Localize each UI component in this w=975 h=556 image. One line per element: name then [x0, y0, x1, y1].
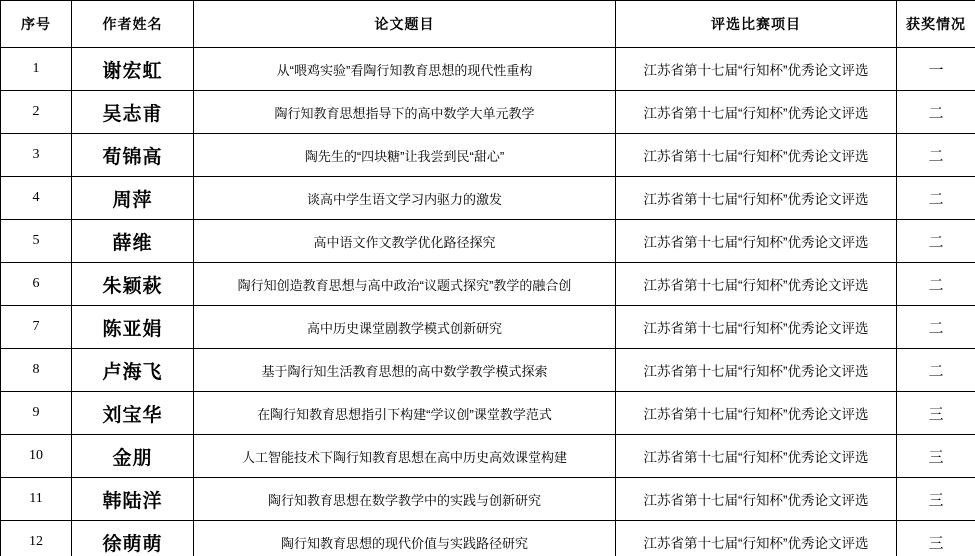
title-cell: 高中语文作文教学优化路径探究 [194, 220, 616, 263]
header-contest: 评选比赛项目 [616, 1, 897, 48]
title-cell: 陶行知教育思想指导下的高中数学大单元教学 [194, 91, 616, 134]
author-cell: 荀锦高 [72, 134, 194, 177]
contest-cell: 江苏省第十七届“行知杯”优秀论文评选 [616, 349, 897, 392]
serial-cell: 8 [1, 349, 72, 392]
contest-cell: 江苏省第十七届“行知杯”优秀论文评选 [616, 48, 897, 91]
award-cell: 二 [897, 177, 975, 220]
table-row: 5 薛维 高中语文作文教学优化路径探究 江苏省第十七届“行知杯”优秀论文评选 二 [1, 220, 975, 263]
contest-cell: 江苏省第十七届“行知杯”优秀论文评选 [616, 478, 897, 521]
author-cell: 金朋 [72, 435, 194, 478]
award-cell: 一 [897, 48, 975, 91]
author-cell: 吴志甫 [72, 91, 194, 134]
contest-cell: 江苏省第十七届“行知杯”优秀论文评选 [616, 91, 897, 134]
author-cell: 韩陆洋 [72, 478, 194, 521]
table-row: 4 周萍 谈高中学生语文学习内驱力的激发 江苏省第十七届“行知杯”优秀论文评选 … [1, 177, 975, 220]
table-row: 2 吴志甫 陶行知教育思想指导下的高中数学大单元教学 江苏省第十七届“行知杯”优… [1, 91, 975, 134]
table-row: 9 刘宝华 在陶行知教育思想指引下构建“学议创”课堂教学范式 江苏省第十七届“行… [1, 392, 975, 435]
serial-cell: 3 [1, 134, 72, 177]
serial-cell: 2 [1, 91, 72, 134]
contest-cell: 江苏省第十七届“行知杯”优秀论文评选 [616, 306, 897, 349]
contest-cell: 江苏省第十七届“行知杯”优秀论文评选 [616, 220, 897, 263]
award-cell: 三 [897, 435, 975, 478]
serial-cell: 11 [1, 478, 72, 521]
contest-cell: 江苏省第十七届“行知杯”优秀论文评选 [616, 392, 897, 435]
author-cell: 谢宏虹 [72, 48, 194, 91]
table-row: 7 陈亚娟 高中历史课堂剧教学模式创新研究 江苏省第十七届“行知杯”优秀论文评选… [1, 306, 975, 349]
award-cell: 二 [897, 263, 975, 306]
award-results-table: 序号 作者姓名 论文题目 评选比赛项目 获奖情况 1 谢宏虹 从“喂鸡实验”看陶… [0, 0, 975, 556]
document-sheet: 序号 作者姓名 论文题目 评选比赛项目 获奖情况 1 谢宏虹 从“喂鸡实验”看陶… [0, 0, 975, 556]
title-cell: 基于陶行知生活教育思想的高中数学教学模式探索 [194, 349, 616, 392]
header-author: 作者姓名 [72, 1, 194, 48]
title-cell: 陶行知创造教育思想与高中政治“议题式探究”教学的融合创 [194, 263, 616, 306]
table-row: 12 徐萌萌 陶行知教育思想的现代价值与实践路径研究 江苏省第十七届“行知杯”优… [1, 521, 975, 556]
serial-cell: 4 [1, 177, 72, 220]
table-row: 3 荀锦高 陶先生的“四块糖”让我尝到民“甜心” 江苏省第十七届“行知杯”优秀论… [1, 134, 975, 177]
table-row: 8 卢海飞 基于陶行知生活教育思想的高中数学教学模式探索 江苏省第十七届“行知杯… [1, 349, 975, 392]
title-cell: 谈高中学生语文学习内驱力的激发 [194, 177, 616, 220]
award-cell: 二 [897, 91, 975, 134]
title-cell: 陶行知教育思想在数学教学中的实践与创新研究 [194, 478, 616, 521]
table-row: 10 金朋 人工智能技术下陶行知教育思想在高中历史高效课堂构建 江苏省第十七届“… [1, 435, 975, 478]
table-body: 1 谢宏虹 从“喂鸡实验”看陶行知教育思想的现代性重构 江苏省第十七届“行知杯”… [1, 48, 975, 556]
table-row: 11 韩陆洋 陶行知教育思想在数学教学中的实践与创新研究 江苏省第十七届“行知杯… [1, 478, 975, 521]
contest-cell: 江苏省第十七届“行知杯”优秀论文评选 [616, 521, 897, 556]
title-cell: 陶先生的“四块糖”让我尝到民“甜心” [194, 134, 616, 177]
award-cell: 三 [897, 478, 975, 521]
table-row: 1 谢宏虹 从“喂鸡实验”看陶行知教育思想的现代性重构 江苏省第十七届“行知杯”… [1, 48, 975, 91]
header-serial: 序号 [1, 1, 72, 48]
author-cell: 薛维 [72, 220, 194, 263]
title-cell: 从“喂鸡实验”看陶行知教育思想的现代性重构 [194, 48, 616, 91]
serial-cell: 7 [1, 306, 72, 349]
serial-cell: 9 [1, 392, 72, 435]
contest-cell: 江苏省第十七届“行知杯”优秀论文评选 [616, 435, 897, 478]
award-cell: 二 [897, 306, 975, 349]
title-cell: 人工智能技术下陶行知教育思想在高中历史高效课堂构建 [194, 435, 616, 478]
table-row: 6 朱颖萩 陶行知创造教育思想与高中政治“议题式探究”教学的融合创 江苏省第十七… [1, 263, 975, 306]
header-title: 论文题目 [194, 1, 616, 48]
title-cell: 陶行知教育思想的现代价值与实践路径研究 [194, 521, 616, 556]
title-cell: 在陶行知教育思想指引下构建“学议创”课堂教学范式 [194, 392, 616, 435]
header-award: 获奖情况 [897, 1, 975, 48]
author-cell: 徐萌萌 [72, 521, 194, 556]
contest-cell: 江苏省第十七届“行知杯”优秀论文评选 [616, 263, 897, 306]
award-cell: 二 [897, 220, 975, 263]
table-header-row: 序号 作者姓名 论文题目 评选比赛项目 获奖情况 [1, 1, 975, 48]
author-cell: 卢海飞 [72, 349, 194, 392]
serial-cell: 12 [1, 521, 72, 556]
award-cell: 三 [897, 392, 975, 435]
award-cell: 三 [897, 521, 975, 556]
contest-cell: 江苏省第十七届“行知杯”优秀论文评选 [616, 177, 897, 220]
author-cell: 朱颖萩 [72, 263, 194, 306]
author-cell: 周萍 [72, 177, 194, 220]
contest-cell: 江苏省第十七届“行知杯”优秀论文评选 [616, 134, 897, 177]
author-cell: 刘宝华 [72, 392, 194, 435]
serial-cell: 5 [1, 220, 72, 263]
author-cell: 陈亚娟 [72, 306, 194, 349]
award-cell: 二 [897, 134, 975, 177]
serial-cell: 10 [1, 435, 72, 478]
serial-cell: 1 [1, 48, 72, 91]
award-cell: 二 [897, 349, 975, 392]
title-cell: 高中历史课堂剧教学模式创新研究 [194, 306, 616, 349]
serial-cell: 6 [1, 263, 72, 306]
